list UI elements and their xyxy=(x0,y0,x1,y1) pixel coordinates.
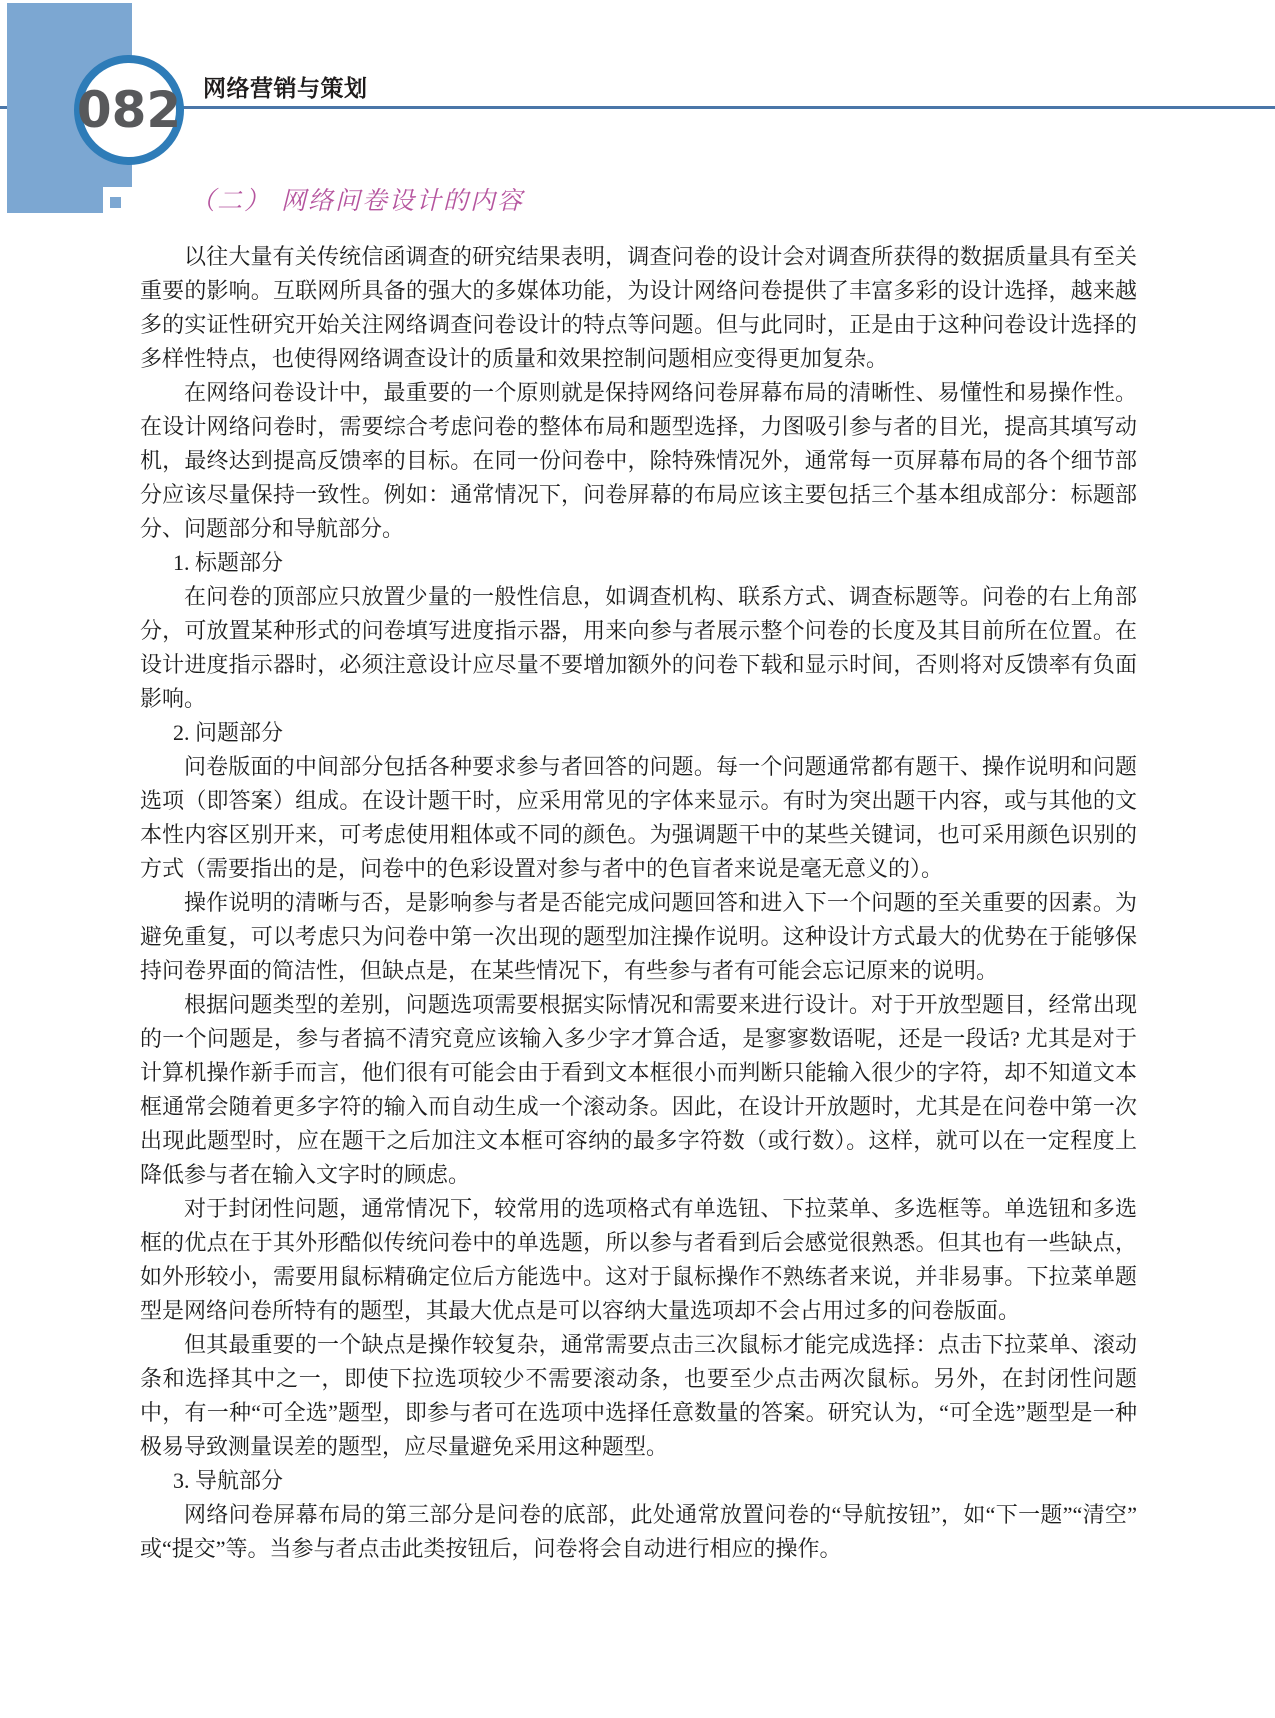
body-paragraph: 在网络问卷设计中，最重要的一个原则就是保持网络问卷屏幕布局的清晰性、易懂性和易操… xyxy=(140,376,1137,546)
content-area: 以往大量有关传统信函调查的研究结果表明，调查问卷的设计会对调查所获得的数据质量具… xyxy=(140,240,1137,1566)
body-paragraph: 操作说明的清晰与否，是影响参与者是否能完成问题回答和进入下一个问题的至关重要的因… xyxy=(140,886,1137,988)
body-paragraph: 但其最重要的一个缺点是操作较复杂，通常需要点击三次鼠标才能完成选择：点击下拉菜单… xyxy=(140,1328,1137,1464)
body-paragraph: 网络问卷屏幕布局的第三部分是问卷的底部，此处通常放置问卷的“导航按钮”，如“下一… xyxy=(140,1498,1137,1566)
book-page: 082 网络营销与策划 （二） 网络问卷设计的内容 以往大量有关传统信函调查的研… xyxy=(0,0,1275,1718)
page-number-badge: 082 xyxy=(74,55,184,165)
subsection-heading: 1. 标题部分 xyxy=(140,546,1137,580)
header-decoration-square xyxy=(110,197,121,208)
header-decoration-block-lower xyxy=(7,187,103,213)
body-paragraph: 以往大量有关传统信函调查的研究结果表明，调查问卷的设计会对调查所获得的数据质量具… xyxy=(140,240,1137,376)
body-paragraph: 对于封闭性问题，通常情况下，较常用的选项格式有单选钮、下拉菜单、多选框等。单选钮… xyxy=(140,1192,1137,1328)
section-heading: （二） 网络问卷设计的内容 xyxy=(190,181,524,217)
subsection-heading: 3. 导航部分 xyxy=(140,1464,1137,1498)
body-paragraph: 问卷版面的中间部分包括各种要求参与者回答的问题。每一个问题通常都有题干、操作说明… xyxy=(140,750,1137,886)
body-paragraph: 在问卷的顶部应只放置少量的一般性信息，如调查机构、联系方式、调查标题等。问卷的右… xyxy=(140,580,1137,716)
body-paragraph: 根据问题类型的差别，问题选项需要根据实际情况和需要来进行设计。对于开放型题目，经… xyxy=(140,988,1137,1192)
subsection-heading: 2. 问题部分 xyxy=(140,716,1137,750)
header-rule xyxy=(0,106,1275,109)
page-number: 082 xyxy=(77,85,181,135)
book-title: 网络营销与策划 xyxy=(203,70,368,103)
